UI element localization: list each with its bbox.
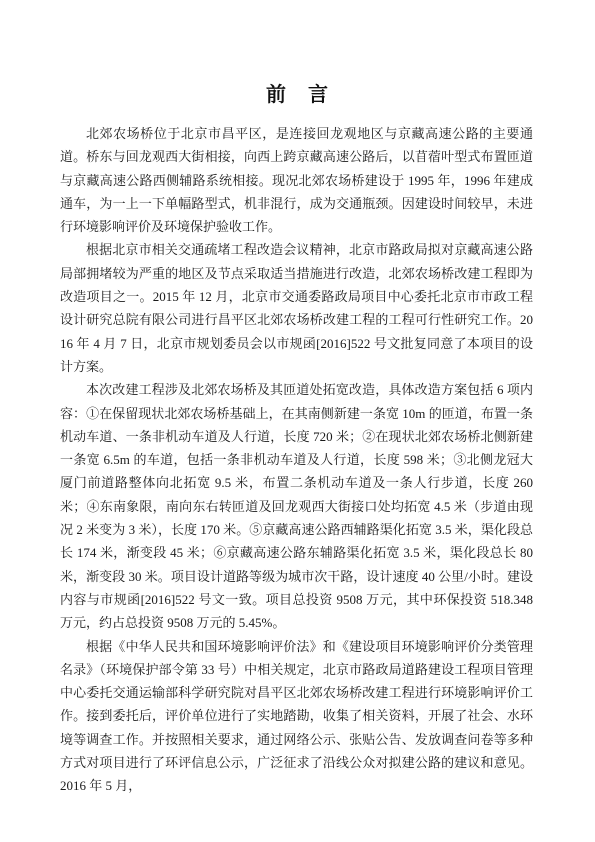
preface-paragraph-overview: 北郊农场桥位于北京市昌平区，是连接回龙观地区与京藏高速公路的主要通道。桥东与回龙…	[60, 122, 533, 238]
preface-body: 北郊农场桥位于北京市昌平区，是连接回龙观地区与京藏高速公路的主要通道。桥东与回龙…	[0, 122, 595, 798]
preface-paragraph-reconstruction-plan: 本次改建工程涉及北郊农场桥及其匝道处拓宽改造，具体改造方案包括 6 项内容：①在…	[60, 378, 533, 634]
document-page: 前 言 北郊农场桥位于北京市昌平区，是连接回龙观地区与京藏高速公路的主要通道。桥…	[0, 0, 595, 842]
preface-title: 前 言	[0, 0, 595, 108]
preface-paragraph-background: 根据北京市相关交通疏堵工程改造会议精神，北京市路政局拟对京藏高速公路局部拥堵较为…	[60, 238, 533, 378]
preface-paragraph-eia-commission: 根据《中华人民共和国环境影响评价法》和《建设项目环境影响评价分类管理名录》（环境…	[60, 635, 533, 798]
